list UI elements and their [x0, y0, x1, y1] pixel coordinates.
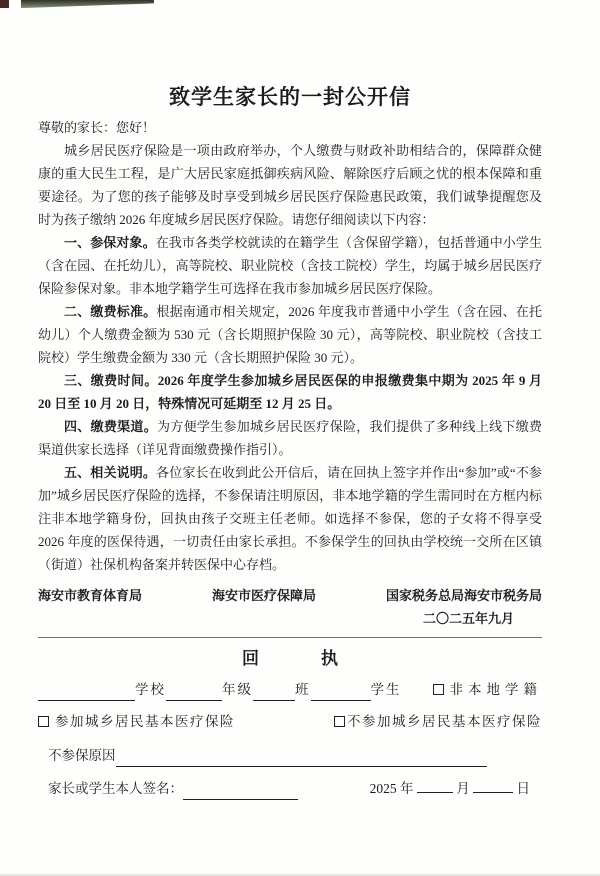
join-option: 参加城乡居民基本医疗保险 [38, 710, 235, 733]
month-blank-field [417, 778, 453, 793]
join-checkbox-icon [38, 716, 49, 727]
school-label: 学校 [135, 678, 166, 701]
student-blank-field [311, 686, 371, 701]
receipt-date-group: 2025 年 月 日 [370, 777, 530, 800]
section-heading: 二、缴费标准。 [64, 304, 156, 319]
section-body: 各位家长在收到此公开信后，请在回执上签字并作出“参加”或“不参加”城乡居民医疗保… [38, 465, 542, 572]
day-label: 日 [517, 781, 531, 796]
not-join-label: 不参加城乡居民基本医疗保险 [347, 714, 542, 729]
section-enroll-target: 一、参保对象。在我市各类学校就读的在籍学生（含保留学籍），包括普通中小学生（含在… [38, 231, 542, 300]
letter-content: 致学生家长的一封公开信 尊敬的家长：您好！ 城乡居民医疗保险是一项由政府举办，个… [0, 84, 600, 800]
agency-medical-insurance-bureau: 海安市医疗保障局 [212, 584, 316, 607]
scan-artifact-corner [0, 0, 9, 8]
class-blank-field [253, 686, 295, 701]
page-title: 致学生家长的一封公开信 [38, 84, 542, 110]
section-heading: 四、缴费渠道。 [64, 419, 157, 434]
section-payment-standard: 二、缴费标准。根据南通市相关规定，2026 年度我市普通中小学生（含在园、在托幼… [38, 300, 542, 369]
not-join-option: 不参加城乡居民基本医疗保险 [334, 710, 542, 733]
receipt-signature-line: 家长或学生本人签名： 2025 年 月 日 [38, 777, 542, 800]
issuing-agencies: 海安市教育体育局 海安市医疗保障局 国家税务总局海安市税务局 [38, 584, 542, 607]
nonlocal-label: 非本地学籍 [450, 682, 543, 697]
section-payment-channel: 四、缴费渠道。为方便学生参加城乡居民医疗保险，我们提供了多种线上线下缴费渠道供家… [38, 415, 542, 461]
class-label: 班 [295, 678, 311, 701]
scan-artifact-band [21, 0, 154, 8]
section-notes: 五、相关说明。各位家长在收到此公开信后，请在回执上签字并作出“参加”或“不参加”… [38, 461, 542, 576]
salutation: 尊敬的家长：您好！ [38, 116, 542, 139]
scanned-letter-page: 致学生家长的一封公开信 尊敬的家长：您好！ 城乡居民医疗保险是一项由政府举办，个… [0, 0, 600, 876]
section-heading: 五、相关说明。 [64, 465, 156, 480]
receipt-identity-line: 学校 年级 班 学生 非本地学籍 [38, 678, 542, 701]
grade-blank-field [166, 686, 222, 701]
section-heading: 一、参保对象。 [64, 235, 156, 250]
section-payment-time: 三、缴费时间。2026 年度学生参加城乡居民医保的申报缴费集中期为 2025 年… [38, 369, 542, 415]
not-join-checkbox-icon [334, 716, 345, 727]
signature-label: 家长或学生本人签名： [48, 777, 183, 800]
receipt-title: 回执 [38, 646, 542, 672]
agency-education-bureau: 海安市教育体育局 [38, 584, 142, 607]
year-label: 2025 年 [370, 781, 414, 796]
agency-tax-bureau: 国家税务总局海安市税务局 [386, 584, 542, 607]
school-blank-field [38, 686, 135, 701]
receipt-choice-line: 参加城乡居民基本医疗保险 不参加城乡居民基本医疗保险 [38, 710, 542, 733]
issue-date: 二〇二五年九月 [38, 607, 542, 630]
divider-line [38, 637, 542, 638]
join-label: 参加城乡居民基本医疗保险 [55, 714, 235, 729]
section-heading: 三、缴费时间。 [64, 373, 158, 388]
grade-label: 年级 [222, 678, 253, 701]
month-label: 月 [456, 781, 470, 796]
day-blank-field [473, 778, 513, 793]
nonlocal-checkbox-icon [433, 684, 444, 695]
student-label: 学生 [371, 678, 402, 701]
intro-paragraph: 城乡居民医疗保险是一项由政府举办，个人缴费与财政补助相结合的，保障群众健康的重大… [38, 139, 542, 231]
nonlocal-option: 非本地学籍 [433, 678, 543, 701]
reason-label: 不参保原因 [48, 744, 116, 767]
reason-blank-field [116, 752, 488, 767]
receipt-reason-line: 不参保原因 [38, 744, 542, 767]
signature-blank-field [183, 785, 298, 800]
